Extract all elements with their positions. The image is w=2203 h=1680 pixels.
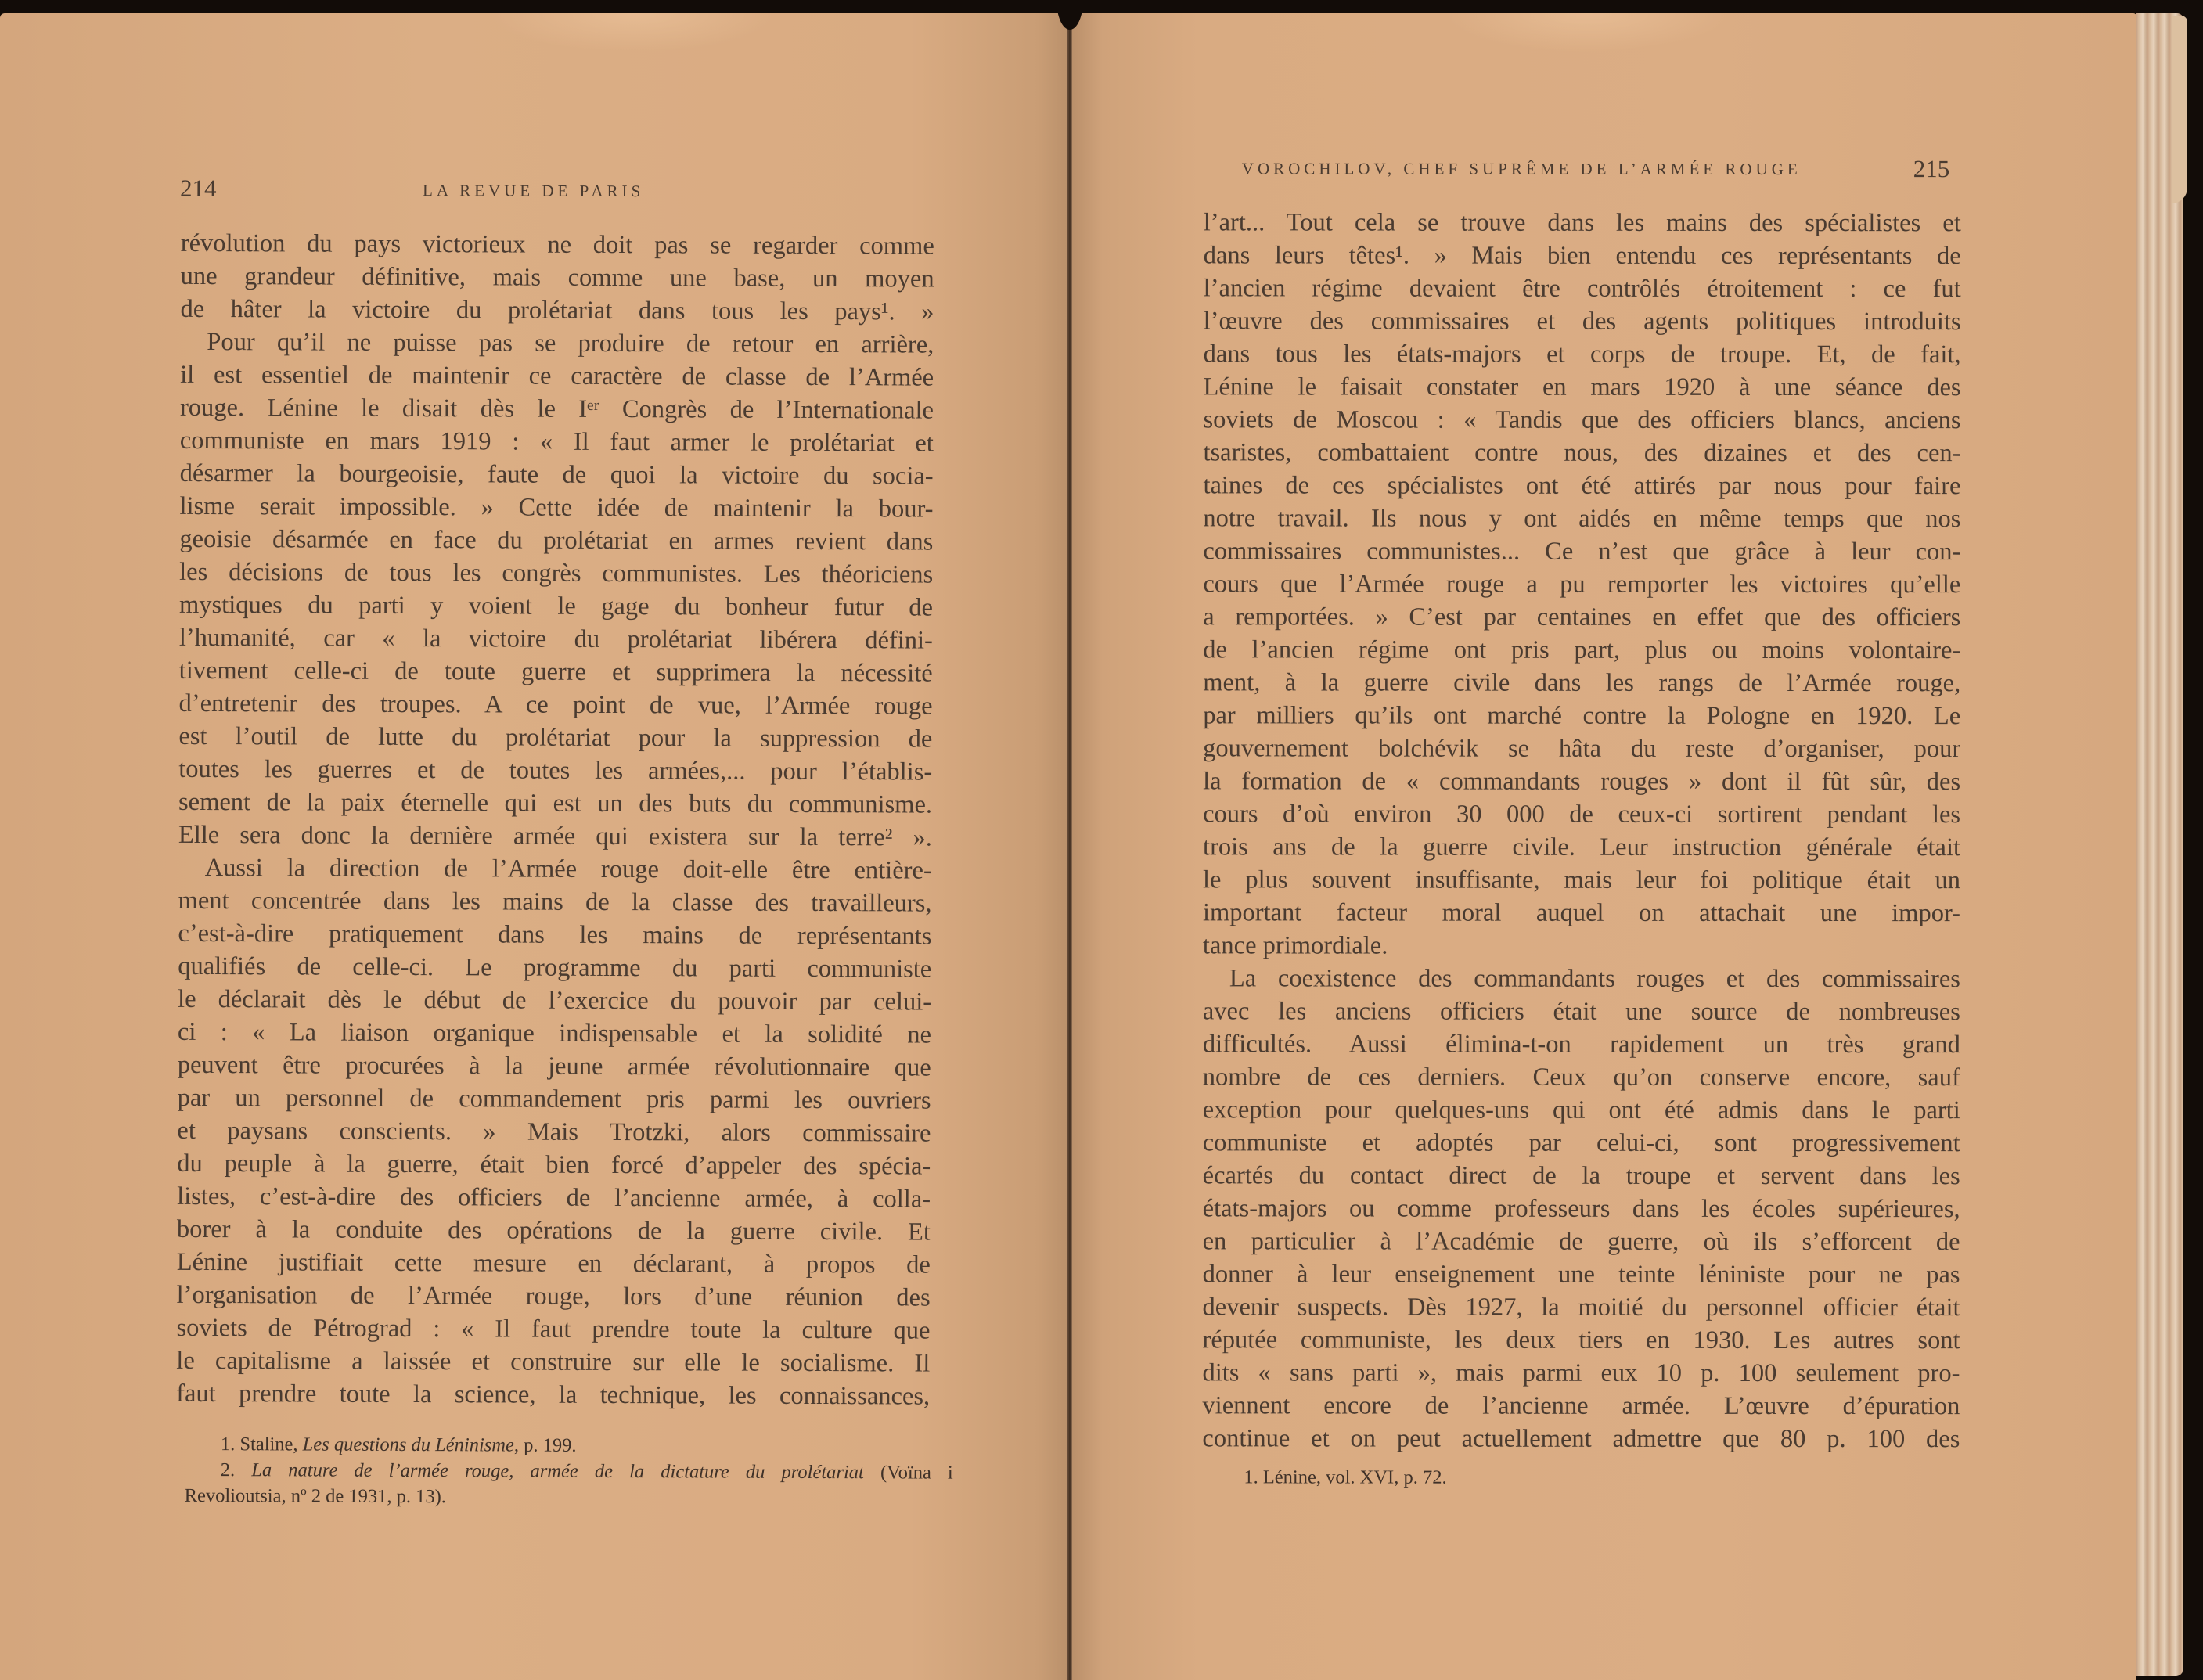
text-line: de l’ancien régime ont pris part, plus o… bbox=[1203, 633, 1960, 667]
text-line: La coexistence des commandants rouges et… bbox=[1203, 962, 1960, 995]
text-line: commissaires communistes... Ce n’est que… bbox=[1203, 534, 1960, 568]
text-line: cours d’où environ 30 000 de ceux-ci sor… bbox=[1203, 797, 1960, 831]
text-line: soviets de Moscou : « Tandis que des off… bbox=[1204, 403, 1961, 437]
text-line: ment, à la guerre civile dans les rangs … bbox=[1203, 666, 1960, 700]
text-line: gouvernement bolchévik se hâta du reste … bbox=[1203, 732, 1960, 765]
right-footnotes: 1. Lénine, vol. XVI, p. 72. bbox=[1215, 1464, 1959, 1491]
text-line: continue et on peut actuellement admettr… bbox=[1202, 1422, 1960, 1455]
text-line: par milliers qu’ils ont marché contre la… bbox=[1203, 699, 1960, 732]
right-body-text: l’art... Tout cela se trouve dans les ma… bbox=[1202, 206, 1960, 1455]
text-line: nombre de ces derniers. Ceux qu’on conse… bbox=[1203, 1060, 1960, 1094]
text-line: l’œuvre des commissaires et des agents p… bbox=[1204, 304, 1961, 338]
text-line: dits « sans parti », mais parmi eux 10 p… bbox=[1202, 1356, 1960, 1390]
text-line: en particulier à l’Académie de guerre, o… bbox=[1203, 1225, 1960, 1258]
text-line: cours que l’Armée rouge a pu remporter l… bbox=[1203, 567, 1960, 601]
text-line: donner à leur enseignement une teinte lé… bbox=[1203, 1257, 1960, 1291]
text-line: taines de ces spécialistes ont été attir… bbox=[1203, 469, 1960, 502]
text-line: tance primordiale. bbox=[1203, 929, 1960, 962]
right-page-content: VOROCHILOV, CHEF SUPRÊME DE L’ARMÉE ROUG… bbox=[0, 0, 2203, 1680]
text-line: dans tous les états-majors et corps de t… bbox=[1204, 337, 1961, 371]
text-line: l’art... Tout cela se trouve dans les ma… bbox=[1204, 206, 1961, 239]
text-line: le plus souvent insuffisante, mais leur … bbox=[1203, 863, 1960, 897]
text-line: tsaristes, combattaient contre nous, des… bbox=[1203, 436, 1960, 469]
text-line: états-majors ou comme professeurs dans l… bbox=[1203, 1192, 1960, 1225]
page-number-right: 215 bbox=[1913, 155, 1950, 183]
text-line: notre travail. Ils nous y ont aidés en m… bbox=[1203, 502, 1960, 535]
text-line: communiste et adoptés par celui-ci, sont… bbox=[1203, 1126, 1960, 1160]
text-line: viennent encore de l’ancienne armée. L’œ… bbox=[1202, 1389, 1960, 1423]
text-line: écartés du contact direct de la troupe e… bbox=[1203, 1159, 1960, 1193]
text-line: difficultés. Aussi élimina-t-on rapideme… bbox=[1203, 1027, 1960, 1061]
text-line: Lénine le faisait constater en mars 1920… bbox=[1204, 370, 1961, 404]
text-line: exception pour quelques-uns qui ont été … bbox=[1203, 1093, 1960, 1127]
text-line: réputée communiste, les deux tiers en 19… bbox=[1202, 1323, 1960, 1357]
text-line: dans leurs têtes¹. » Mais bien entendu c… bbox=[1204, 239, 1961, 272]
running-head-right: VOROCHILOV, CHEF SUPRÊME DE L’ARMÉE ROUG… bbox=[1242, 159, 1802, 179]
text-line: a remportées. » C’est par centaines en e… bbox=[1203, 600, 1960, 634]
text-line: trois ans de la guerre civile. Leur inst… bbox=[1203, 830, 1960, 864]
text-line: devenir suspects. Dès 1927, la moitié du… bbox=[1203, 1290, 1960, 1324]
text-line: avec les anciens officiers était une sou… bbox=[1203, 995, 1960, 1028]
text-line: important facteur moral auquel on attach… bbox=[1203, 896, 1960, 930]
text-line: l’ancien régime devaient être contrôlés … bbox=[1204, 272, 1961, 305]
footnote: 1. Lénine, vol. XVI, p. 72. bbox=[1215, 1464, 1959, 1491]
footnote-text: Lénine, vol. XVI, p. 72. bbox=[1263, 1466, 1447, 1488]
footnote-number: 1. bbox=[1244, 1466, 1263, 1488]
text-line: la formation de « commandants rouges » d… bbox=[1203, 764, 1960, 798]
